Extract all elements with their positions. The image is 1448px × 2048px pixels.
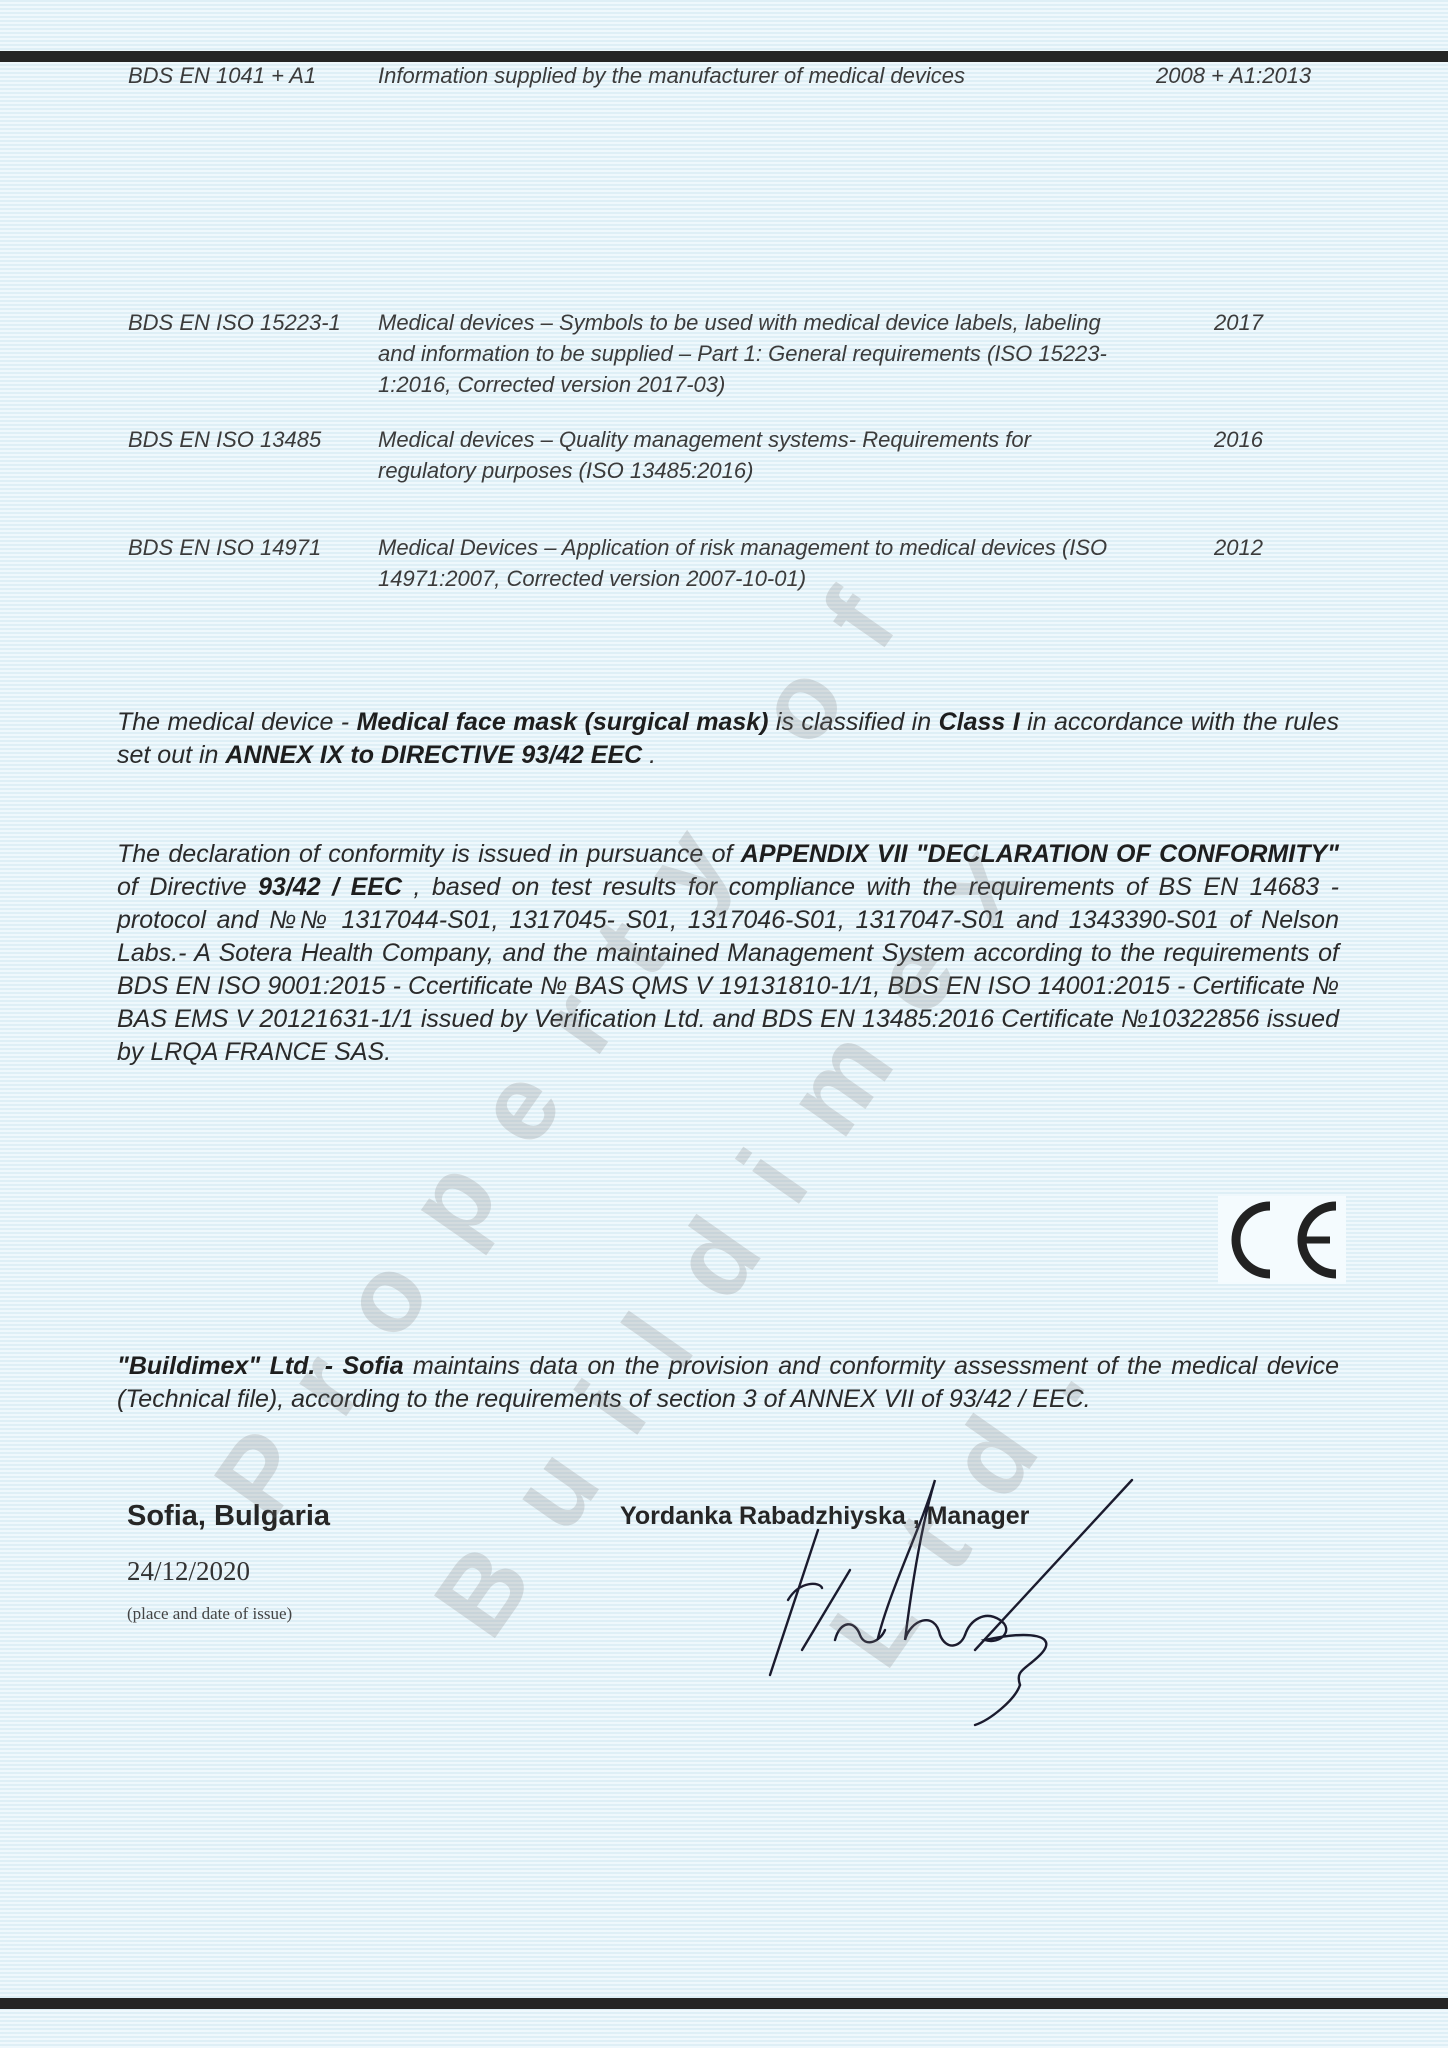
standard-code: BDS EN 1041 + A1 [128, 60, 348, 91]
declaration-paragraph: The declaration of conformity is issued … [117, 838, 1339, 1069]
issue-date: 24/12/2020 [127, 1556, 250, 1587]
annex-reference: ANNEX IX to DIRECTIVE 93/42 EEC [225, 741, 642, 769]
text: . [642, 741, 656, 769]
standard-year: 2012 [1214, 532, 1414, 563]
standard-title: Medical devices – Quality management sys… [378, 424, 1128, 486]
ce-mark [1218, 1196, 1346, 1284]
issue-place: Sofia, Bulgaria [127, 1500, 330, 1533]
device-name: Medical face mask (surgical mask) [357, 708, 769, 736]
text: The medical device - [117, 708, 357, 736]
text: is classified in [768, 708, 938, 736]
standard-year: 2017 [1214, 307, 1414, 338]
technical-file-paragraph: "Buildimex" Ltd. - Sofia maintains data … [117, 1350, 1339, 1416]
standard-code: BDS EN ISO 15223-1 [128, 307, 343, 338]
classification-paragraph: The medical device - Medical face mask (… [117, 706, 1339, 772]
bottom-border-rule [0, 1998, 1448, 2009]
appendix-reference: APPENDIX VII "DECLARATION OF CONFORMITY" [741, 840, 1339, 868]
text: , based on test results for compliance w… [117, 873, 1339, 1066]
text: The declaration of conformity is issued … [117, 840, 741, 868]
directive-reference: 93/42 / EEC [258, 873, 402, 901]
standard-title: Medical devices – Symbols to be used wit… [378, 307, 1128, 400]
issue-caption: (place and date of issue) [127, 1604, 292, 1624]
standard-year: 2016 [1214, 424, 1414, 455]
standard-title: Medical Devices – Application of risk ma… [378, 532, 1128, 594]
signature-icon [760, 1470, 1320, 1730]
standard-code: BDS EN ISO 13485 [128, 424, 348, 455]
standard-title: Information supplied by the manufacturer… [378, 60, 1128, 91]
standard-code: BDS EN ISO 14971 [128, 532, 348, 563]
company-name: "Buildimex" Ltd. - Sofia [117, 1352, 404, 1380]
device-class: Class I [939, 708, 1020, 736]
text: of Directive [117, 873, 258, 901]
standard-year: 2008 + A1:2013 [1156, 60, 1356, 91]
ce-mark-icon [1218, 1196, 1346, 1284]
